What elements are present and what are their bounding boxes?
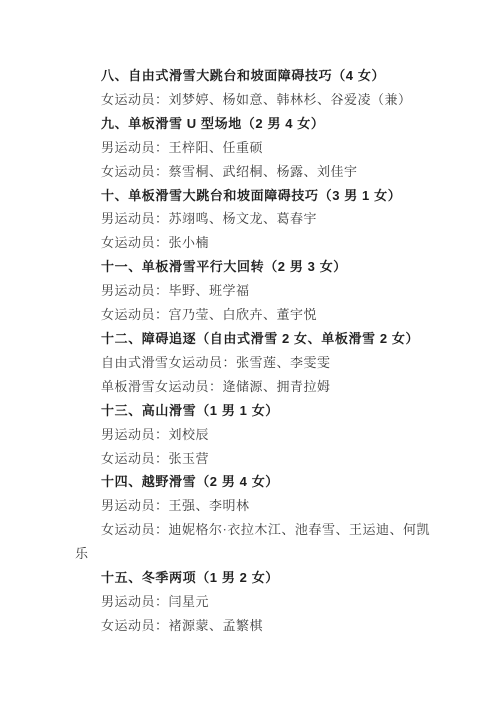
athlete-line: 女运动员：蔡雪桐、武绍桐、杨露、刘佳宇 xyxy=(75,160,430,184)
event-heading: 十二、障碍追逐（自由式滑雪 2 女、单板滑雪 2 女） xyxy=(75,327,430,351)
event-heading: 八、自由式滑雪大跳台和坡面障碍技巧（4 女） xyxy=(75,64,430,88)
athlete-line: 男运动员：王梓阳、任重硕 xyxy=(75,136,430,160)
athlete-line: 男运动员：刘校辰 xyxy=(75,423,430,447)
athlete-line: 男运动员：毕野、班学福 xyxy=(75,279,430,303)
athlete-line: 女运动员：宫乃莹、白欣卉、董宇悦 xyxy=(75,303,430,327)
document-page: 八、自由式滑雪大跳台和坡面障碍技巧（4 女）女运动员：刘梦婷、杨如意、韩林杉、谷… xyxy=(0,0,500,707)
athlete-line: 女运动员：张玉营 xyxy=(75,447,430,471)
athlete-line: 男运动员：苏翊鸣、杨文龙、葛春宇 xyxy=(75,207,430,231)
athlete-line: 自由式滑雪女运动员：张雪莲、李雯雯 xyxy=(75,351,430,375)
athlete-line: 男运动员：王强、李明林 xyxy=(75,494,430,518)
athlete-line: 女运动员：刘梦婷、杨如意、韩林杉、谷爱凌（兼） xyxy=(75,88,430,112)
athlete-line: 男运动员：闫星元 xyxy=(75,590,430,614)
event-heading: 十五、冬季两项（1 男 2 女） xyxy=(75,566,430,590)
event-heading: 十、单板滑雪大跳台和坡面障碍技巧（3 男 1 女） xyxy=(75,184,430,208)
event-heading: 十一、单板滑雪平行大回转（2 男 3 女） xyxy=(75,255,430,279)
athlete-line: 女运动员：张小楠 xyxy=(75,231,430,255)
athlete-roster-document: 八、自由式滑雪大跳台和坡面障碍技巧（4 女）女运动员：刘梦婷、杨如意、韩林杉、谷… xyxy=(75,64,430,638)
event-heading: 十三、高山滑雪（1 男 1 女） xyxy=(75,399,430,423)
athlete-line: 女运动员：褚源蒙、孟繁棋 xyxy=(75,614,430,638)
athlete-line: 单板滑雪女运动员：逄储源、拥青拉姆 xyxy=(75,375,430,399)
event-heading: 十四、越野滑雪（2 男 4 女） xyxy=(75,470,430,494)
athlete-line: 女运动员：迪妮格尔·衣拉木江、池春雪、王运迪、何凯乐 xyxy=(75,518,430,566)
event-heading: 九、单板滑雪 U 型场地（2 男 4 女） xyxy=(75,112,430,136)
